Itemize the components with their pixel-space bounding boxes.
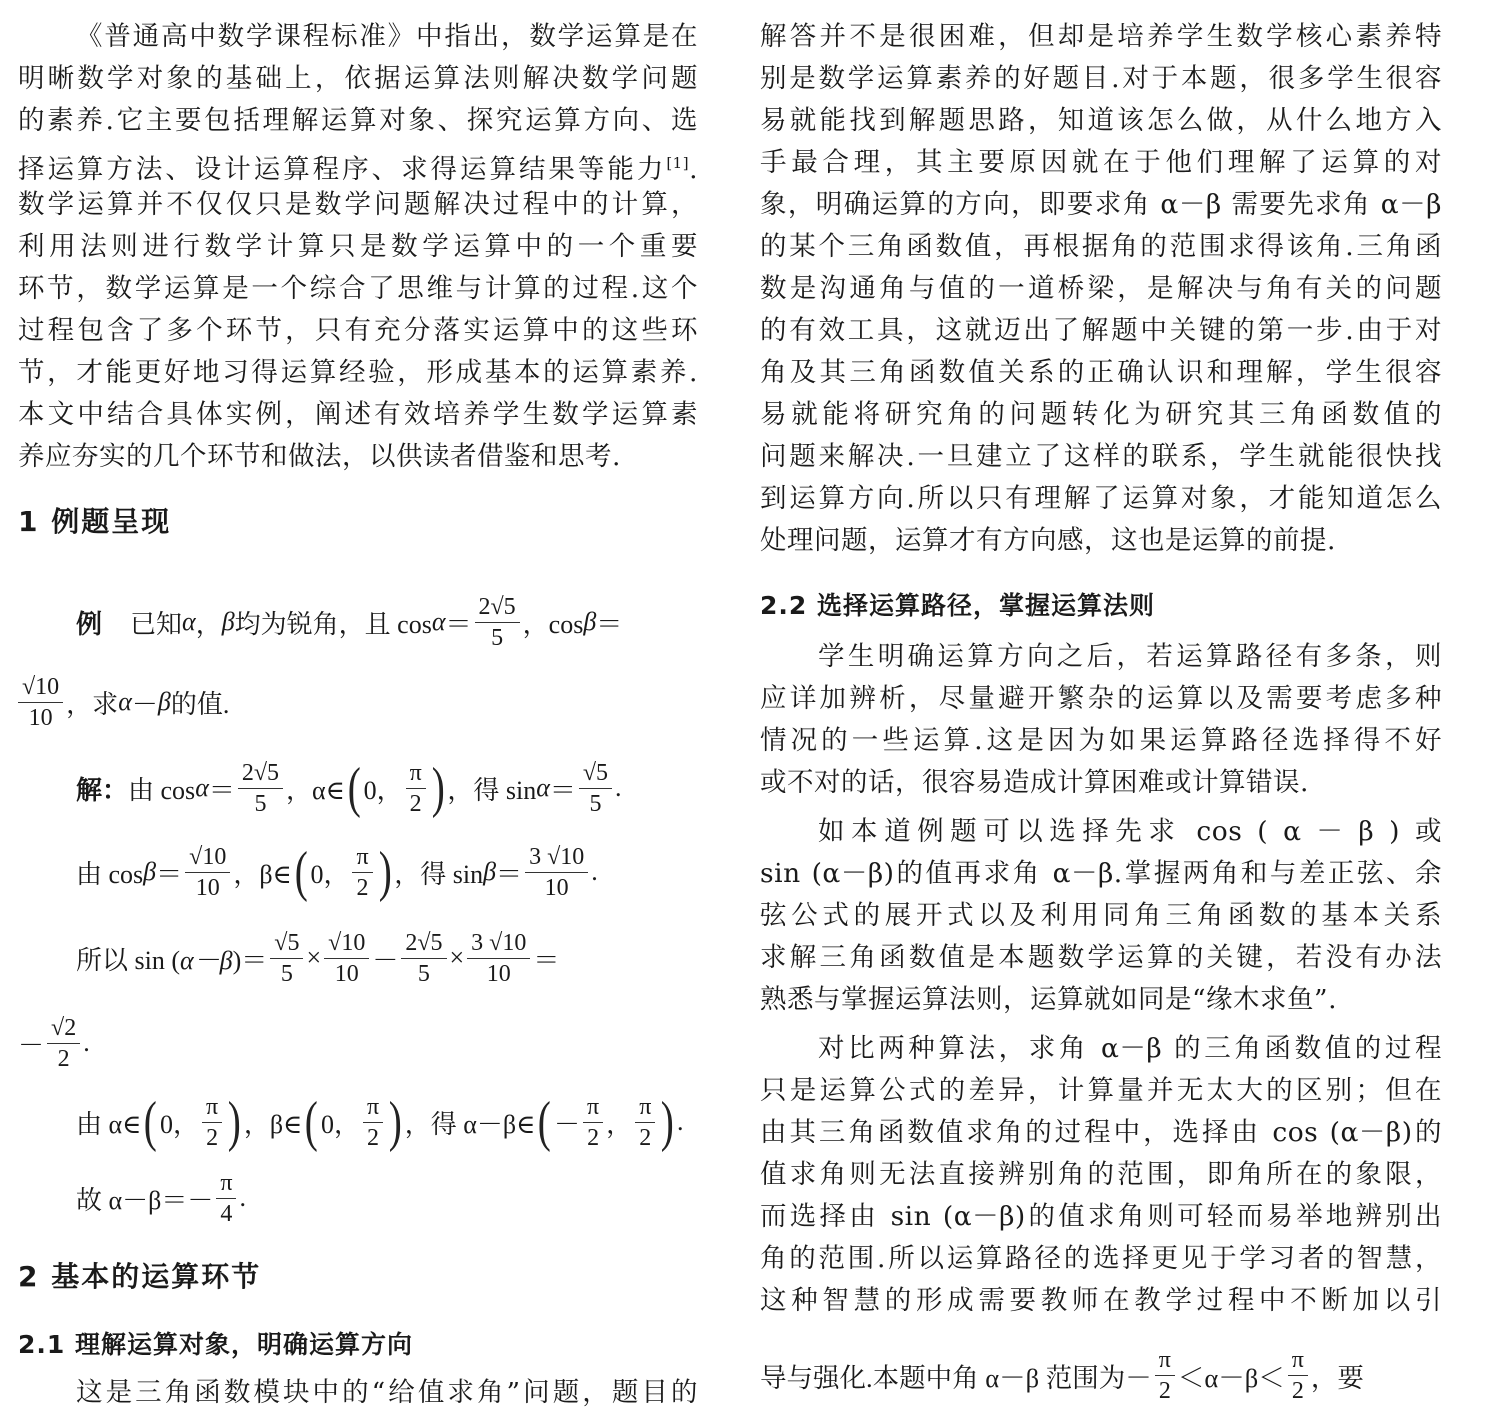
numerator: π [1155, 1345, 1175, 1376]
alpha-symbol: α [432, 607, 446, 637]
numerator: √5 [270, 928, 303, 959]
solution-line-6: 故 α－β＝－ π4 . [76, 1158, 246, 1238]
alpha-symbol: α [536, 773, 550, 803]
text: ， [606, 1104, 632, 1141]
period: . [677, 1107, 684, 1137]
paragraph-line: 易就能找到解题思路，知道该怎么做，从什么地方入 [760, 101, 1442, 141]
citation-mark: [1] [666, 154, 689, 172]
paragraph-line: sin (α－β)的值再求角 α－β.掌握两角和与差正弦、余 [760, 854, 1442, 894]
numerator: 2√5 [475, 592, 520, 623]
equals: ＝ [533, 940, 559, 977]
paragraph-line: 值求角则无法直接辨别角的范围，即角所在的象限， [760, 1155, 1442, 1195]
text: 由 cos [128, 770, 195, 807]
paragraph-line: 别是数学运算素养的好题目.对于本题，很多学生很容 [760, 59, 1442, 99]
fraction-pi-over-2: π2 [406, 758, 426, 819]
paragraph-line: 数是沟通角与值的一道桥梁，是解决与角有关的问题 [760, 269, 1442, 309]
denominator: 2 [353, 873, 373, 903]
fraction-pi-over-2: π2 [1288, 1345, 1308, 1406]
alpha-symbol: α [118, 687, 132, 717]
paragraph-line-with-fraction: 导与强化.本题中角 α－β 范围为－ π2 ＜α－β＜ π2 ，要 [760, 1335, 1442, 1415]
denominator: 10 [331, 959, 363, 989]
denominator: 2 [406, 789, 426, 819]
numerator: √5 [579, 758, 612, 789]
numerator: 2√5 [238, 758, 283, 789]
period: . [83, 1028, 90, 1058]
solution-line-5: 由 α∈ ( 0， π2 ) ，β∈ ( 0， π2 ) ，得 α－β∈ ( －… [76, 1082, 683, 1162]
section-heading-2: 2 基本的运算环节 [18, 1257, 261, 1297]
example-statement-cont: √1010 ，求 α － β 的值. [18, 662, 229, 742]
fraction: 3 √1010 [467, 928, 530, 989]
paragraph-line: 只是运算公式的差异，计算量并无太大的区别；但在 [760, 1071, 1442, 1111]
equals: ＝ [550, 770, 576, 807]
denominator: 10 [483, 959, 515, 989]
paragraph-line: 应详加辨析，尽量避开繁杂的运算以及需要考虑多种 [760, 679, 1442, 719]
solution-line-4: － √22 . [18, 1003, 90, 1083]
left-paren: ( [144, 1094, 157, 1150]
minus: － [132, 684, 158, 721]
denominator: 5 [250, 789, 270, 819]
paragraph-line: 由其三角函数值求角的过程中，选择由 cos (α－β)的 [760, 1113, 1442, 1153]
times: × [450, 943, 465, 973]
beta-symbol: β [583, 607, 596, 637]
text: 所以 sin ( [76, 940, 180, 977]
section-heading-2-2: 2.2 选择运算路径，掌握运算法则 [760, 588, 1155, 624]
period: . [615, 773, 622, 803]
denominator: 10 [25, 703, 57, 733]
example-label: 例 [76, 604, 102, 641]
paragraph-line: 的有效工具，这就迈出了解题中关键的第一步.由于对 [760, 311, 1442, 351]
paragraph-line: 熟悉与掌握运算法则，运算就如同是“缘木求鱼”. [760, 980, 1442, 1020]
paragraph-line: 弦公式的展开式以及利用同角三角函数的基本关系 [760, 896, 1442, 936]
fraction-pi-over-2: π2 [352, 842, 372, 903]
paragraph-line: 易就能将研究角的问题转化为研究其三角函数值的 [760, 395, 1442, 435]
denominator: 4 [216, 1199, 236, 1229]
fraction: 3 √1010 [525, 842, 588, 903]
period: . [689, 154, 698, 185]
fraction-pi-over-2: π2 [363, 1092, 383, 1153]
section-heading-2-1: 2.1 理解运算对象，明确运算方向 [18, 1327, 413, 1363]
left-paren: ( [295, 844, 308, 900]
numerator: √10 [185, 842, 230, 873]
numerator: π [363, 1092, 383, 1123]
paragraph-line: 对比两种算法，求角 α－β 的三角函数值的过程 [760, 1029, 1442, 1069]
numerator: 2√5 [401, 928, 446, 959]
numerator: √2 [47, 1013, 80, 1044]
denominator: 5 [277, 959, 297, 989]
fraction: 2√55 [401, 928, 446, 989]
denominator: 2 [635, 1123, 655, 1153]
times: × [306, 943, 321, 973]
text: 故 α－β＝－ [76, 1180, 213, 1217]
section-heading-1: 1 例题呈现 [18, 502, 171, 542]
beta-symbol: β [158, 687, 171, 717]
denominator: 2 [1155, 1376, 1175, 1406]
right-paren: ) [432, 760, 445, 816]
intro-line: 《普通高中数学课程标准》中指出，数学运算是在 [18, 17, 698, 57]
paragraph-line: 象，明确运算的方向，即要求角 α－β 需要先求角 α－β [760, 185, 1442, 225]
numerator: π [216, 1168, 236, 1199]
fraction: √55 [579, 758, 612, 819]
fraction-cos-beta: √1010 [18, 672, 63, 733]
minus: － [372, 940, 398, 977]
numerator: π [406, 758, 426, 789]
fraction: √22 [47, 1013, 80, 1074]
fraction: √1010 [324, 928, 369, 989]
beta-symbol: β [483, 857, 496, 887]
denominator: 2 [202, 1123, 222, 1153]
paragraph-line: 问题来解决.一旦建立了这样的联系，学生就能很快找 [760, 437, 1442, 477]
intro-line: 本文中结合具体实例，阐述有效培养学生数学运算素 [18, 395, 698, 435]
intro-line: 养应夯实的几个环节和做法，以供读者借鉴和思考. [18, 437, 698, 477]
paragraph-line: 而选择由 sin (α－β)的值求角则可轻而易举地辨别出 [760, 1197, 1442, 1237]
paragraph-line: 求解三角函数值是本题数学运算的关键，若没有办法 [760, 938, 1442, 978]
denominator: 5 [487, 623, 507, 653]
numerator: √10 [18, 672, 63, 703]
paragraph-line: 如本道例题可以选择先求 cos ( α － β ) 或 [760, 812, 1442, 852]
paragraph-line: 解答并不是很困难，但却是培养学生数学核心素养特 [760, 17, 1442, 57]
equals: ＝ [445, 604, 471, 641]
fraction: 2√55 [238, 758, 283, 819]
text: ， [196, 604, 222, 641]
alpha-minus-beta: α－β [180, 940, 233, 977]
text: 导与强化.本题中角 α－β 范围为－ [760, 1356, 1152, 1395]
text: )＝ [233, 940, 268, 977]
denominator: 2 [54, 1044, 74, 1074]
equals: ＝ [596, 604, 622, 641]
paragraph-line: 或不对的话，很容易造成计算困难或计算错误. [760, 763, 1442, 803]
fraction-pi-over-2: π2 [583, 1092, 603, 1153]
intro-line: 环节，数学运算是一个综合了思维与计算的过程.这个 [18, 269, 698, 309]
intro-line: 数学运算并不仅仅只是数学问题解决过程中的计算， [18, 185, 698, 225]
denominator: 10 [192, 873, 224, 903]
fraction: √1010 [185, 842, 230, 903]
equals: ＝ [209, 770, 235, 807]
fraction-pi-over-2: π2 [202, 1092, 222, 1153]
inline-math-group: 导与强化.本题中角 α－β 范围为－ π2 ＜α－β＜ π2 ，要 [760, 1345, 1364, 1406]
text: ，β∈ [233, 854, 291, 891]
numerator: √10 [324, 928, 369, 959]
text: ，得 sin [447, 770, 536, 807]
text: 由 α∈ [76, 1104, 141, 1141]
paragraph-line: 这种智慧的形成需要教师在教学过程中不断加以引 [760, 1281, 1442, 1321]
text: 的值. [171, 684, 230, 721]
right-paren: ) [378, 844, 391, 900]
beta-symbol: β [143, 857, 156, 887]
intro-line: 节，才能更好地习得运算经验，形成基本的运算素养. [18, 353, 698, 393]
paragraph-line: 情况的一些运算.这是因为如果运算路径选择得不好 [760, 721, 1442, 761]
equals: ＝ [496, 854, 522, 891]
text: 0， [364, 770, 403, 807]
text: ，α∈ [286, 770, 345, 807]
numerator: 3 √10 [467, 928, 530, 959]
right-paren: ) [661, 1094, 674, 1150]
solution-line-1: 解： 由 cos α ＝ 2√55 ，α∈ ( 0， π2 ) ，得 sin α… [76, 748, 622, 828]
example-statement: 例 已知 α ， β 均为锐角，且 cos α ＝ 2√55 ，cos β ＝ [76, 582, 622, 662]
paragraph-line: 角及其三角函数值关系的正确认识和理解，学生很容 [760, 353, 1442, 393]
text: ，得 α－β∈ [405, 1104, 536, 1141]
right-paren: ) [228, 1094, 241, 1150]
denominator: 5 [414, 959, 434, 989]
text: 0， [321, 1104, 360, 1141]
text: ，要 [1311, 1356, 1364, 1395]
period: . [239, 1183, 246, 1213]
minus: － [18, 1025, 44, 1062]
numerator: π [352, 842, 372, 873]
paragraph-line: 到运算方向.所以只有理解了运算对象，才能知道怎么 [760, 479, 1442, 519]
text: 0， [310, 854, 349, 891]
paragraph-line: 学生明确运算方向之后，若运算路径有多条，则 [760, 637, 1442, 677]
paragraph-line: 的某个三角函数值，再根据角的范围求得该角.三角函 [760, 227, 1442, 267]
denominator: 2 [363, 1123, 383, 1153]
left-paren: ( [305, 1094, 318, 1150]
paragraph-line: 手最合理，其主要原因就在于他们理解了运算的对 [760, 143, 1442, 183]
period: . [591, 857, 598, 887]
right-column: 解答并不是很困难，但却是培养学生数学核心素养特 别是数学运算素养的好题目.对于本… [760, 0, 1442, 1420]
denominator: 5 [585, 789, 605, 819]
intro-line: 过程包含了多个环节，只有充分落实运算中的这些环 [18, 311, 698, 351]
text: 由 cos [76, 854, 143, 891]
text: 0， [160, 1104, 199, 1141]
text: ，cos [523, 604, 584, 641]
left-paren: ( [538, 1094, 551, 1150]
numerator: π [202, 1092, 222, 1123]
intro-line: 择运算方法、设计运算程序、求得运算结果等能力[1]. [18, 143, 698, 190]
numerator: 3 √10 [525, 842, 588, 873]
beta-symbol: β [222, 607, 235, 637]
intro-line: 利用法则进行数学计算只是数学运算中的一个重要 [18, 227, 698, 267]
text: 已知 [130, 604, 182, 641]
right-paren: ) [389, 1094, 402, 1150]
text: ，得 sin [394, 854, 483, 891]
denominator: 10 [541, 873, 573, 903]
solution-line-2: 由 cos β ＝ √1010 ，β∈ ( 0， π2 ) ，得 sin β ＝… [76, 832, 598, 912]
text: 均为锐角，且 cos [235, 604, 432, 641]
alpha-symbol: α [182, 607, 196, 637]
denominator: 2 [1288, 1376, 1308, 1406]
solution-line-3: 所以 sin ( α－β )＝ √55 × √1010 － 2√55 × 3 √… [76, 918, 559, 998]
text: ＜α－β＜ [1178, 1356, 1285, 1395]
fraction: √55 [270, 928, 303, 989]
minus: － [554, 1104, 580, 1141]
numerator: π [635, 1092, 655, 1123]
fraction-pi-over-2: π2 [1155, 1345, 1175, 1406]
intro-line: 的素养.它主要包括理解运算对象、探究运算方向、选 [18, 101, 698, 141]
numerator: π [583, 1092, 603, 1123]
left-paren: ( [348, 760, 361, 816]
fraction-cos-alpha: 2√55 [475, 592, 520, 653]
intro-line: 明晰数学对象的基础上，依据运算法则解决数学问题 [18, 59, 698, 99]
intro-line-text: 择运算方法、设计运算程序、求得运算结果等能力 [18, 154, 666, 185]
equals: ＝ [156, 854, 182, 891]
fraction-pi-over-2: π2 [635, 1092, 655, 1153]
alpha-symbol: α [195, 773, 209, 803]
numerator: π [1288, 1345, 1308, 1376]
paragraph-line: 这是三角函数模块中的“给值求角”问题，题目的 [18, 1373, 698, 1413]
left-column: 《普通高中数学课程标准》中指出，数学运算是在 明晰数学对象的基础上，依据运算法则… [18, 0, 698, 1420]
solution-label: 解： [76, 770, 128, 807]
paragraph-line: 处理问题，运算才有方向感，这也是运算的前提. [760, 521, 1442, 561]
denominator: 2 [583, 1123, 603, 1153]
fraction-pi-over-4: π4 [216, 1168, 236, 1229]
paragraph-line: 角的范围.所以运算路径的选择更见于学习者的智慧， [760, 1239, 1442, 1279]
text: ，β∈ [244, 1104, 302, 1141]
text: ，求 [66, 684, 118, 721]
